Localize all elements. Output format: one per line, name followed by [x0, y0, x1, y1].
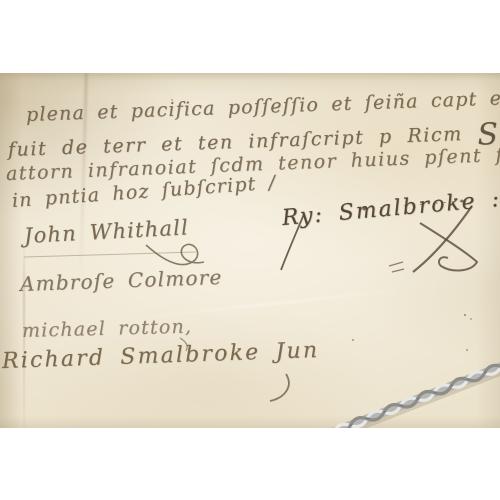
signature-john-whithall: John Whithall	[23, 215, 189, 248]
signature-ry-smalbroke: Ry: Smalbroke :	[281, 187, 500, 231]
smalbroke-paraph	[420, 223, 477, 271]
whithall-flourish	[146, 244, 204, 264]
cord-body	[300, 366, 500, 428]
signature-richard-smalbroke: Richard Smalbroke Jun	[2, 338, 320, 374]
photo-canvas: plena et pacifica poſſeſſio et ſeiña cap…	[0, 0, 500, 500]
white-margin-top	[0, 0, 500, 73]
cord-strand-light	[299, 363, 500, 428]
white-margin-bottom	[0, 428, 500, 500]
jun-descender	[270, 374, 289, 401]
signature-ambrose-colmore: Ambroſe Colmore	[20, 265, 223, 296]
cord-twist-line	[300, 366, 500, 428]
ruled-line	[24, 252, 196, 257]
seal-cord	[299, 362, 500, 428]
parchment-photo: plena et pacifica poſſeſſio et ſeiña cap…	[0, 73, 500, 428]
paraph-dashes	[389, 262, 404, 272]
signature-michael-rotton: michael rotton,	[22, 316, 193, 342]
cord-shadow	[302, 371, 500, 428]
cord-strand-dark	[299, 363, 500, 428]
